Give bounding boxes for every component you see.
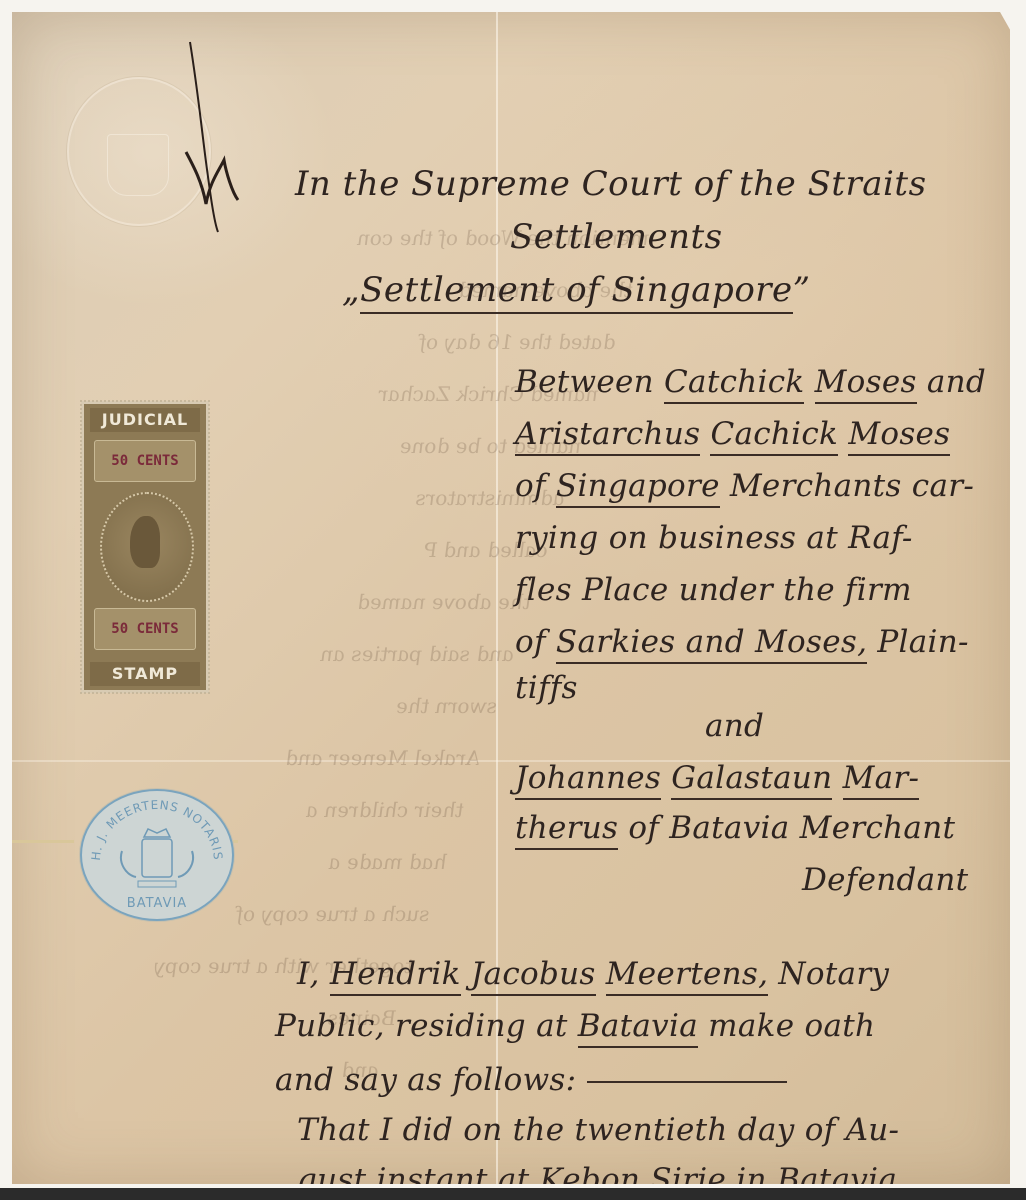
text-segment — [596, 956, 606, 992]
text-segment: tiffs — [515, 670, 578, 706]
text-segment — [832, 760, 842, 796]
text-segment: Between — [515, 364, 664, 400]
text-segment: Notary — [768, 956, 889, 992]
text-segment: rying on business at Raf- — [515, 520, 913, 556]
text-segment — [661, 760, 671, 796]
text-segment — [804, 364, 814, 400]
court-heading-line-2: Settlements — [510, 217, 723, 257]
defendant-line: Defendant — [802, 862, 968, 898]
text-segment: and say as follows: — [275, 1062, 587, 1098]
binding-cord-left — [12, 840, 74, 843]
underlined-name: Johannes — [515, 760, 661, 800]
affidavit-line: and say as follows: — [275, 1062, 787, 1098]
underlined-name: therus — [515, 810, 618, 850]
embossed-shield-icon — [107, 134, 169, 196]
close-quote: ” — [793, 270, 811, 310]
stamp-value-top: 50 CENTS — [94, 440, 196, 482]
queen-head-icon — [130, 516, 160, 568]
scanner-bottom-edge — [0, 1188, 1026, 1200]
text-segment: of — [515, 624, 556, 660]
plaintiffs-line: of Singapore Merchants car- — [515, 468, 974, 504]
underlined-name: Mar- — [843, 760, 920, 800]
text-segment: That I did on the twentieth day of Au- — [297, 1112, 899, 1148]
defendant-line: Johannes Galastaun Mar- — [515, 760, 919, 796]
document-page: mention the Wood of the con the above na… — [12, 12, 1010, 1184]
underlined-name: Hendrik — [330, 956, 461, 996]
margin-signature-icon — [180, 32, 260, 242]
settlement-name: Settlement of Singapore — [360, 270, 793, 314]
text-segment — [838, 416, 848, 452]
svg-text:BATAVIA: BATAVIA — [127, 896, 187, 911]
text-segment: I, — [297, 956, 330, 992]
underlined-name: Meertens, — [606, 956, 768, 996]
underlined-name: Moses — [848, 416, 950, 456]
text-segment: Defendant — [802, 862, 968, 898]
court-heading-line-3: „Settlement of Singapore” — [342, 270, 811, 310]
plaintiffs-line: fles Place under the firm — [515, 572, 912, 608]
underlined-name: Moses — [815, 364, 917, 404]
open-quote: „ — [342, 270, 360, 310]
notary-coat-of-arms-icon: H. J. MEERTENS NOTARIS BATAVIA — [82, 791, 232, 919]
affidavit-line: Public, residing at Batavia make oath — [275, 1008, 875, 1044]
judicial-revenue-stamp: JUDICIAL 50 CENTS 50 CENTS STAMP — [84, 404, 206, 690]
text-segment: Plain- — [867, 624, 969, 660]
text-segment — [700, 416, 710, 452]
conjunction-and: and — [705, 708, 764, 744]
text-segment: fles Place under the firm — [515, 572, 912, 608]
court-heading-line-1: In the Supreme Court of the Straits — [295, 164, 927, 204]
svg-text:H. J. MEERTENS NOTARIS: H. J. MEERTENS NOTARIS — [89, 798, 225, 861]
underlined-name: Singapore — [556, 468, 720, 508]
stamp-value-bottom: 50 CENTS — [94, 608, 196, 650]
underlined-name: Jacobus — [471, 956, 596, 996]
defendant-line: therus of Batavia Merchant — [515, 810, 955, 846]
text-segment: Merchants car- — [720, 468, 974, 504]
plaintiffs-line: Aristarchus Cachick Moses — [515, 416, 950, 452]
affidavit-line: I, Hendrik Jacobus Meertens, Notary — [297, 956, 889, 992]
underlined-name: Sarkies and Moses, — [556, 624, 867, 664]
plaintiffs-line: rying on business at Raf- — [515, 520, 913, 556]
plaintiffs-line: tiffs — [515, 670, 578, 706]
underlined-name: Galastaun — [671, 760, 832, 800]
plaintiffs-line: of Sarkies and Moses, Plain- — [515, 624, 969, 660]
underlined-name: Catchick — [664, 364, 804, 404]
plaintiffs-line: Between Catchick Moses and — [515, 364, 986, 400]
underlined-name: Cachick — [710, 416, 838, 456]
underlined-name: Aristarchus — [515, 416, 700, 456]
text-segment — [587, 1081, 787, 1083]
text-segment: of Batavia Merchant — [618, 810, 955, 846]
affidavit-line: That I did on the twentieth day of Au- — [297, 1112, 899, 1148]
text-segment: Public, residing at — [275, 1008, 578, 1044]
stamp-top-label: JUDICIAL — [90, 408, 200, 432]
underlined-name: Batavia — [578, 1008, 698, 1048]
text-segment: and — [917, 364, 986, 400]
text-segment — [461, 956, 471, 992]
text-segment: make oath — [698, 1008, 875, 1044]
queen-portrait-medallion-icon — [100, 492, 194, 602]
stamp-bottom-label: STAMP — [90, 662, 200, 686]
notary-seal: H. J. MEERTENS NOTARIS BATAVIA — [80, 789, 234, 921]
text-segment: of — [515, 468, 556, 504]
